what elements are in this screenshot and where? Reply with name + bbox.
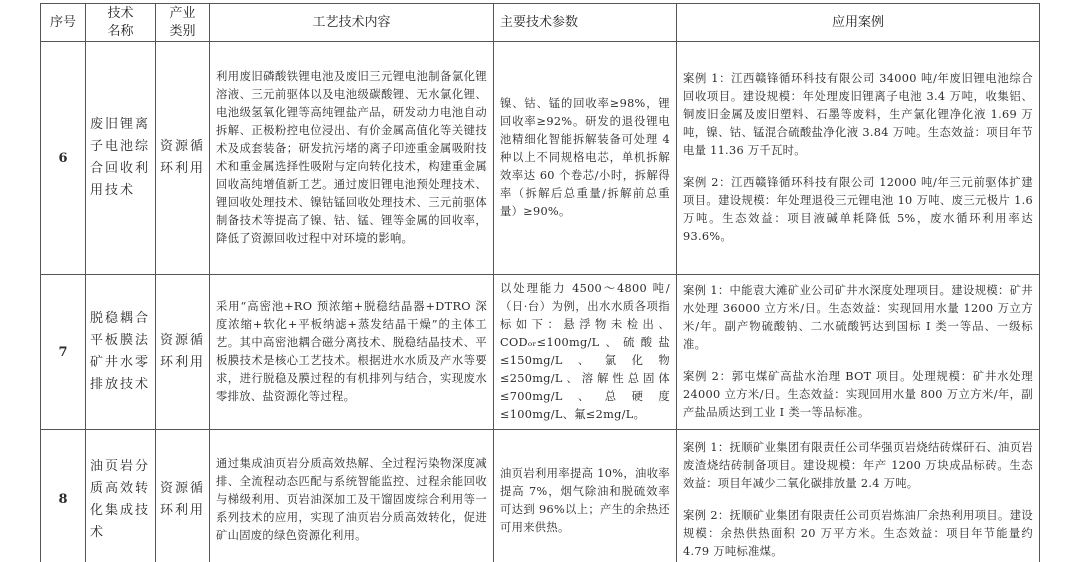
application-cases: 案例 1：中能袁大滩矿业公司矿井水深度处理项目。建设规模：矿井水处理 36000… <box>677 275 1040 430</box>
header-industry-line2: 类别 <box>156 23 209 41</box>
header-tech-name-line1: 技术 <box>86 5 155 23</box>
header-cases-label: 应用案例 <box>832 15 884 30</box>
header-tech-name-line2: 名称 <box>86 23 155 41</box>
header-params-label: 主要技术参数 <box>500 15 578 30</box>
process-content: 通过集成油页岩分质高效热解、全过程污染物深度减排、全流程动态匹配与系统智能监控、… <box>210 430 494 562</box>
header-params: 主要技术参数 <box>494 4 677 42</box>
table-row: 7 脱稳耦合平板膜法矿井水零排放技术 资源循环利用 采用“高密池+RO 预浓缩+… <box>41 275 1040 430</box>
process-content: 采用“高密池+RO 预浓缩+脱稳结晶器+DTRO 深度浓缩+软化+平板纳滤+蒸发… <box>210 275 494 430</box>
industry-category: 资源循环利用 <box>156 275 210 430</box>
table-row: 8 油页岩分质高效转化集成技术 资源循环利用 通过集成油页岩分质高效热解、全过程… <box>41 430 1040 562</box>
tech-name: 脱稳耦合平板膜法矿井水零排放技术 <box>86 275 156 430</box>
tech-params: 以处理能力 4500～4800 吨/（日·台）为例，出水水质各项指标如下：悬浮物… <box>494 275 677 430</box>
header-index: 序号 <box>41 4 86 42</box>
process-content: 利用废旧磷酸铁锂电池及废旧三元锂电池制备氯化锂溶液、三元前驱体以及电池级碳酸锂、… <box>210 42 494 275</box>
case-2: 案例 2：江西赣锋循环科技有限公司 12000 吨/年三元前驱体扩建项目。建设规… <box>683 174 1033 246</box>
case-1: 案例 1：中能袁大滩矿业公司矿井水深度处理项目。建设规模：矿井水处理 36000… <box>683 282 1033 354</box>
industry-category: 资源循环利用 <box>156 430 210 562</box>
industry-category: 资源循环利用 <box>156 42 210 275</box>
header-cases: 应用案例 <box>677 4 1040 42</box>
application-cases: 案例 1：抚顺矿业集团有限责任公司华强页岩烧结砖煤矸石、油页岩废渣烧结砖制备项目… <box>677 430 1040 562</box>
technology-table: 序号 技术 名称 产业 类别 工艺技术内容 主要技术参数 应用案例 6 废旧锂离… <box>40 3 1040 562</box>
header-tech-name: 技术 名称 <box>86 4 156 42</box>
case-1: 案例 1：江西赣锋循环科技有限公司 34000 吨/年废旧锂电池综合回收项目。建… <box>683 70 1033 160</box>
header-process-label: 工艺技术内容 <box>312 15 390 30</box>
tech-params: 镍、钴、锰的回收率≥98%，锂回收率≥92%。研发的退役锂电池精细化智能拆解装备… <box>494 42 677 275</box>
table-row: 6 废旧锂离子电池综合回收利用技术 资源循环利用 利用废旧磷酸铁锂电池及废旧三元… <box>41 42 1040 275</box>
case-2: 案例 2：抚顺矿业集团有限责任公司页岩炼油厂余热利用项目。建设规模：余热供热面积… <box>683 507 1033 561</box>
header-industry: 产业 类别 <box>156 4 210 42</box>
tech-name: 废旧锂离子电池综合回收利用技术 <box>86 42 156 275</box>
header-row: 序号 技术 名称 产业 类别 工艺技术内容 主要技术参数 应用案例 <box>41 4 1040 42</box>
row-index: 6 <box>41 42 86 275</box>
application-cases: 案例 1：江西赣锋循环科技有限公司 34000 吨/年废旧锂电池综合回收项目。建… <box>677 42 1040 275</box>
header-index-label: 序号 <box>50 15 76 30</box>
tech-params: 油页岩利用率提高 10%，油收率提高 7%，烟气除油和脱硫效率可达到 96%以上… <box>494 430 677 562</box>
header-industry-line1: 产业 <box>156 5 209 23</box>
case-1: 案例 1：抚顺矿业集团有限责任公司华强页岩烧结砖煤矸石、油页岩废渣烧结砖制备项目… <box>683 439 1033 493</box>
case-2: 案例 2：郭屯煤矿高盐水治理 BOT 项目。处理规模：矿井水处理 24000 立… <box>683 368 1033 422</box>
row-index: 7 <box>41 275 86 430</box>
row-index: 8 <box>41 430 86 562</box>
header-process: 工艺技术内容 <box>210 4 494 42</box>
tech-name: 油页岩分质高效转化集成技术 <box>86 430 156 562</box>
